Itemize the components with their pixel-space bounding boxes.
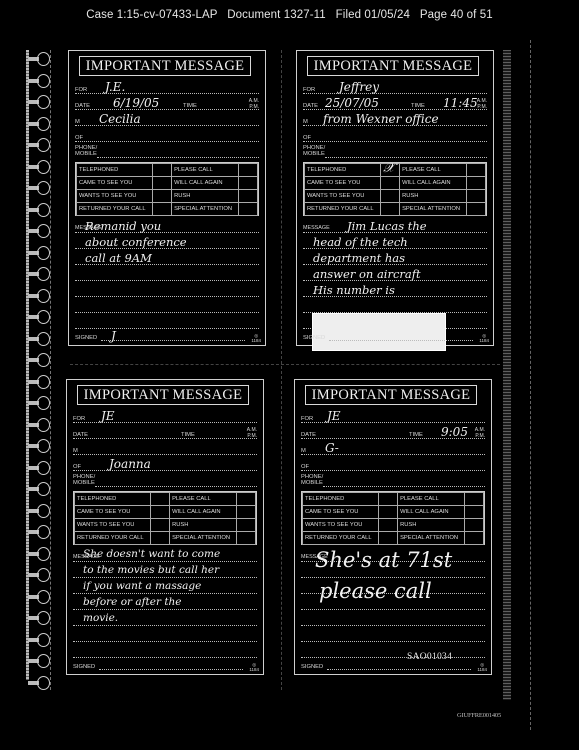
phone-label: PHONE/MOBILE: [301, 474, 323, 486]
checkbox-label: TELEPHONED: [303, 493, 379, 506]
check-mark-icon: 𝒳: [383, 161, 394, 176]
message-area: MESSAGERemanid youabout conferencecall a…: [75, 223, 259, 337]
message-area: MESSAGEShe doesn't want to cometo the mo…: [73, 552, 257, 666]
message-line: Jim Lucas the: [347, 219, 427, 233]
checkbox-special-attention[interactable]: [237, 532, 256, 545]
spiral-ring-icon: [28, 117, 50, 131]
checkbox-label: RUSH: [398, 519, 465, 532]
m-value: G-: [325, 441, 339, 455]
checkbox-label: RUSH: [170, 519, 237, 532]
form-logo-icon: ◎1184: [251, 333, 261, 343]
for-field: FORJE: [73, 411, 257, 423]
checkbox-label: RETURNED YOUR CALL: [305, 203, 381, 216]
message-label: MESSAGE: [303, 225, 330, 231]
date-value: 6/19/05: [113, 96, 159, 110]
checkbox-label: TELEPHONED: [75, 493, 151, 506]
spiral-ring-icon: [28, 439, 50, 453]
checkbox-label: SPECIAL ATTENTION: [172, 203, 239, 216]
signed-label: SIGNED: [73, 664, 95, 670]
spiral-ring-icon: [28, 246, 50, 260]
spiral-ring-icon: [28, 332, 50, 346]
spiral-ring-icon: [28, 181, 50, 195]
checkbox-special-attention[interactable]: [467, 203, 486, 216]
form-title: IMPORTANT MESSAGE: [77, 385, 249, 405]
production-bates-id: GIUFFRE001405: [457, 712, 501, 719]
message-type-checkboxes: TELEPHONEDPLEASE CALLCAME TO SEE YOUWILL…: [301, 491, 485, 545]
checkbox-will-call-again[interactable]: [467, 177, 486, 190]
checkbox-returned-your-call[interactable]: [379, 532, 398, 545]
form-title: IMPORTANT MESSAGE: [79, 56, 251, 76]
message-card-top-right: IMPORTANT MESSAGEFORJeffreyDATE25/07/05T…: [296, 50, 494, 346]
of-field: OF: [303, 130, 487, 142]
spiral-ring-icon: [28, 289, 50, 303]
checkbox-wants-to-see-you[interactable]: [381, 190, 400, 203]
checkbox-label: RUSH: [172, 190, 239, 203]
spiral-ring-icon: [28, 52, 50, 66]
m-field: MG-: [301, 443, 485, 455]
checkbox-please-call[interactable]: [465, 493, 484, 506]
form-title: IMPORTANT MESSAGE: [307, 56, 479, 76]
checkbox-label: SPECIAL ATTENTION: [398, 532, 465, 545]
for-value: J.E.: [105, 80, 125, 94]
spiral-ring-icon: [28, 504, 50, 518]
form-logo-icon: ◎1184: [249, 662, 259, 672]
message-line: department has: [313, 251, 405, 265]
checkbox-returned-your-call[interactable]: [151, 532, 170, 545]
time-label: TIME: [181, 432, 195, 438]
spiral-ring-icon: [28, 74, 50, 88]
spiral-ring-icon: [28, 203, 50, 217]
spiral-ring-icon: [28, 525, 50, 539]
phone-label: PHONE/MOBILE: [303, 145, 325, 157]
checkbox-telephoned[interactable]: [151, 493, 170, 506]
checkbox-label: WILL CALL AGAIN: [170, 506, 237, 519]
checkbox-rush[interactable]: [467, 190, 486, 203]
for-field: FORJE: [301, 411, 485, 423]
of-field: OF: [301, 459, 485, 471]
date-value: 25/07/05: [325, 96, 379, 110]
case-header: Case 1:15-cv-07433-LAP Document 1327-11 …: [0, 9, 579, 21]
message-line: She doesn't want to come: [83, 548, 220, 560]
phone-label: PHONE/MOBILE: [75, 145, 97, 157]
message-type-checkboxes: TELEPHONEDPLEASE CALLCAME TO SEE YOUWILL…: [75, 162, 259, 216]
signed-label: SIGNED: [301, 664, 323, 670]
checkbox-label: WILL CALL AGAIN: [400, 177, 467, 190]
phone-field: PHONE/MOBILE: [73, 473, 257, 487]
checkbox-rush[interactable]: [237, 519, 256, 532]
checkbox-label: TELEPHONED: [305, 164, 381, 177]
am-pm-label: A.M.P.M.: [475, 428, 485, 439]
checkbox-returned-your-call[interactable]: [153, 203, 172, 216]
checkbox-label: PLEASE CALL: [398, 493, 465, 506]
redaction-box: [312, 313, 446, 351]
spiral-ring-icon: [28, 654, 50, 668]
date-field: DATETIME9:05A.M.P.M.: [301, 427, 485, 439]
spiral-ring-icon: [28, 418, 50, 432]
message-line: She's at 71st: [315, 548, 452, 572]
message-type-checkboxes: TELEPHONED𝒳PLEASE CALLCAME TO SEE YOUWIL…: [303, 162, 487, 216]
message-line: Remanid you: [85, 219, 161, 233]
date-field: DATE25/07/05TIME11:45A.M.P.M.: [303, 98, 487, 110]
checkbox-label: WANTS TO SEE YOU: [77, 190, 153, 203]
spiral-ring-icon: [28, 547, 50, 561]
form-logo-icon: ◎1184: [477, 662, 487, 672]
message-line: before or after the: [83, 596, 182, 608]
bates-number: SAO01034: [407, 652, 452, 662]
spiral-ring-icon: [28, 568, 50, 582]
checkbox-will-call-again[interactable]: [237, 506, 256, 519]
checkbox-label: WILL CALL AGAIN: [398, 506, 465, 519]
message-line: please call: [319, 579, 432, 603]
message-line: about conference: [85, 235, 187, 249]
checkbox-telephoned[interactable]: [379, 493, 398, 506]
time-label: TIME: [183, 103, 197, 109]
form-logo-icon: ◎1184: [479, 333, 489, 343]
message-card-bottom-left: IMPORTANT MESSAGEFORJEDATETIMEA.M.P.M.MO…: [66, 379, 264, 675]
checkbox-wants-to-see-you[interactable]: [153, 190, 172, 203]
checkbox-special-attention[interactable]: [465, 532, 484, 545]
checkbox-label: SPECIAL ATTENTION: [400, 203, 467, 216]
checkbox-label: WANTS TO SEE YOU: [305, 190, 381, 203]
checkbox-please-call[interactable]: [239, 164, 258, 177]
message-area: MESSAGEJim Lucas thehead of the techdepa…: [303, 223, 487, 337]
message-line: call at 9AM: [85, 251, 152, 265]
of-field: OFJoanna: [73, 459, 257, 471]
message-line: movie.: [83, 612, 118, 624]
am-pm-label: A.M.P.M.: [249, 99, 259, 110]
checkbox-label: CAME TO SEE YOU: [75, 506, 151, 519]
for-field: FORJeffrey: [303, 82, 487, 94]
checkbox-came-to-see-you[interactable]: [151, 506, 170, 519]
message-line: answer on aircraft: [313, 267, 421, 281]
form-title: IMPORTANT MESSAGE: [305, 385, 477, 405]
spiral-ring-icon: [28, 138, 50, 152]
m-value: from Wexner office: [323, 112, 439, 126]
checkbox-wants-to-see-you[interactable]: [379, 519, 398, 532]
notebook-page-edge: [503, 50, 511, 700]
signed-label: SIGNED: [303, 335, 325, 341]
checkbox-rush[interactable]: [465, 519, 484, 532]
m-field: MCecilia: [75, 114, 259, 126]
checkbox-please-call[interactable]: [237, 493, 256, 506]
checkbox-please-call[interactable]: [467, 164, 486, 177]
spiral-ring-icon: [28, 95, 50, 109]
spiral-ring-icon: [28, 310, 50, 324]
signed-value: J: [111, 329, 116, 343]
checkbox-label: CAME TO SEE YOU: [77, 177, 153, 190]
spiral-ring-icon: [28, 267, 50, 281]
phone-field: PHONE/MOBILE: [75, 144, 259, 158]
of-field: OF: [75, 130, 259, 142]
spiral-ring-icon: [28, 676, 50, 690]
date-field: DATETIMEA.M.P.M.: [73, 427, 257, 439]
phone-field: PHONE/MOBILE: [303, 144, 487, 158]
checkbox-label: CAME TO SEE YOU: [305, 177, 381, 190]
checkbox-rush[interactable]: [239, 190, 258, 203]
checkbox-label: PLEASE CALL: [400, 164, 467, 177]
scan-edge-line: [530, 40, 531, 730]
checkbox-label: SPECIAL ATTENTION: [170, 532, 237, 545]
checkbox-label: RETURNED YOUR CALL: [303, 532, 379, 545]
message-type-checkboxes: TELEPHONEDPLEASE CALLCAME TO SEE YOUWILL…: [73, 491, 257, 545]
for-value: Jeffrey: [339, 80, 379, 94]
time-label: TIME: [409, 432, 423, 438]
message-line: His number is: [313, 283, 395, 297]
checkbox-label: WANTS TO SEE YOU: [303, 519, 379, 532]
checkbox-returned-your-call[interactable]: [381, 203, 400, 216]
am-pm-label: A.M.P.M.: [477, 99, 487, 110]
perforation-horizontal: [70, 364, 500, 365]
message-card-top-left: IMPORTANT MESSAGEFORJ.E.DATE6/19/05TIMEA…: [68, 50, 266, 346]
message-card-bottom-right: IMPORTANT MESSAGEFORJEDATETIME9:05A.M.P.…: [294, 379, 492, 675]
checkbox-will-call-again[interactable]: [465, 506, 484, 519]
m-value: Cecilia: [99, 112, 141, 126]
for-field: FORJ.E.: [75, 82, 259, 94]
phone-field: PHONE/MOBILE: [301, 473, 485, 487]
spiral-ring-icon: [28, 633, 50, 647]
time-value: 9:05: [441, 425, 468, 439]
m-field: Mfrom Wexner office: [303, 114, 487, 126]
spiral-ring-icon: [28, 461, 50, 475]
spiral-ring-icon: [28, 396, 50, 410]
checkbox-label: WILL CALL AGAIN: [172, 177, 239, 190]
spiral-ring-icon: [28, 224, 50, 238]
checkbox-label: RETURNED YOUR CALL: [75, 532, 151, 545]
am-pm-label: A.M.P.M.: [247, 428, 257, 439]
checkbox-label: PLEASE CALL: [170, 493, 237, 506]
checkbox-label: PLEASE CALL: [172, 164, 239, 177]
time-value: 11:45: [443, 96, 478, 110]
checkbox-special-attention[interactable]: [239, 203, 258, 216]
spiral-ring-icon: [28, 590, 50, 604]
checkbox-label: WANTS TO SEE YOU: [75, 519, 151, 532]
phone-label: PHONE/MOBILE: [73, 474, 95, 486]
spiral-binding-edge: [50, 50, 52, 690]
checkbox-label: CAME TO SEE YOU: [303, 506, 379, 519]
spiral-ring-icon: [28, 353, 50, 367]
checkbox-label: RUSH: [400, 190, 467, 203]
spiral-ring-icon: [28, 160, 50, 174]
signed-label: SIGNED: [75, 335, 97, 341]
checkbox-telephoned[interactable]: [153, 164, 172, 177]
checkbox-wants-to-see-you[interactable]: [151, 519, 170, 532]
spiral-ring-icon: [28, 375, 50, 389]
message-area: MESSAGEShe's at 71stplease callSAO01034: [301, 552, 485, 666]
checkbox-will-call-again[interactable]: [239, 177, 258, 190]
date-field: DATE6/19/05TIMEA.M.P.M.: [75, 98, 259, 110]
spiral-ring-icon: [28, 611, 50, 625]
of-value: Joanna: [109, 457, 151, 471]
message-line: if you want a massage: [83, 580, 201, 592]
checkbox-label: RETURNED YOUR CALL: [77, 203, 153, 216]
spiral-ring-icon: [28, 482, 50, 496]
checkbox-label: TELEPHONED: [77, 164, 153, 177]
perforation-vertical: [281, 50, 282, 690]
checkbox-came-to-see-you[interactable]: [379, 506, 398, 519]
for-value: JE: [101, 409, 115, 423]
message-line: to the movies but call her: [83, 564, 219, 576]
checkbox-came-to-see-you[interactable]: [381, 177, 400, 190]
checkbox-came-to-see-you[interactable]: [153, 177, 172, 190]
time-label: TIME: [411, 103, 425, 109]
m-field: M: [73, 443, 257, 455]
checkbox-telephoned[interactable]: 𝒳: [381, 164, 400, 177]
for-value: JE: [327, 409, 341, 423]
message-line: head of the tech: [313, 235, 408, 249]
